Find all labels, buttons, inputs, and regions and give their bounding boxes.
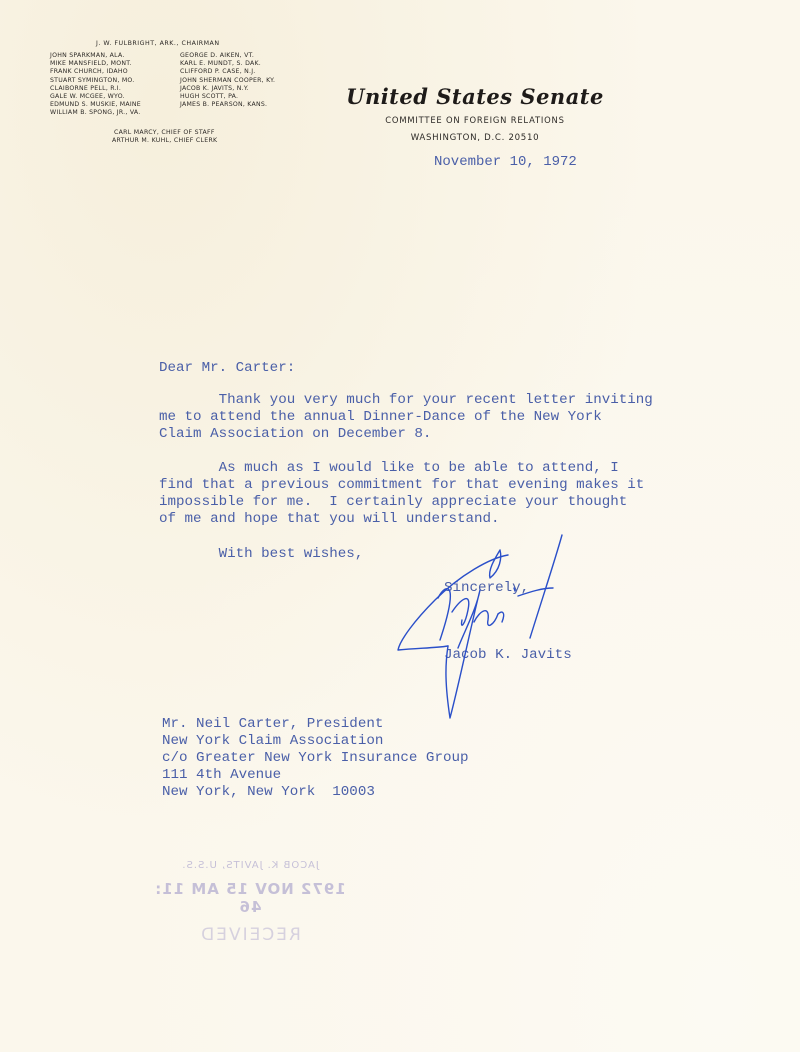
committee-name: COMMITTEE ON FOREIGN RELATIONS	[330, 115, 620, 125]
member-name: JOHN SPARKMAN, ALA.	[50, 52, 141, 60]
address-line: New York Claim Association	[162, 733, 469, 750]
stamp-datetime: 1972 NOV 15 AM 11: 46	[140, 880, 360, 916]
member-name: KARL E. MUNDT, S. DAK.	[180, 60, 275, 68]
letter-date: November 10, 1972	[434, 154, 577, 170]
staff-name: CARL MARCY, CHIEF OF STAFF	[112, 129, 217, 137]
member-name: FRANK CHURCH, IDAHO	[50, 68, 141, 76]
recipient-address: Mr. Neil Carter, PresidentNew York Claim…	[162, 716, 469, 801]
received-stamp-bleedthrough: JACOB K. JAVITS, U.S.S. 1972 NOV 15 AM 1…	[140, 860, 360, 945]
closing-line: With best wishes,	[159, 546, 363, 563]
member-name: EDMUND S. MUSKIE, MAINE	[50, 101, 141, 109]
handwritten-signature	[390, 530, 590, 730]
address-line: 111 4th Avenue	[162, 767, 469, 784]
address-line: c/o Greater New York Insurance Group	[162, 750, 469, 767]
salutation: Dear Mr. Carter:	[159, 360, 295, 377]
address-line: New York, New York 10003	[162, 784, 469, 801]
chairman-line: J. W. FULBRIGHT, ARK., CHAIRMAN	[96, 40, 220, 47]
member-name: GALE W. MCGEE, WYO.	[50, 93, 141, 101]
letterhead-masthead: United States Senate COMMITTEE ON FOREIG…	[330, 84, 620, 143]
member-name: JAMES B. PEARSON, KANS.	[180, 101, 275, 109]
member-name: WILLIAM B. SPONG, JR., VA.	[50, 109, 141, 117]
member-name: CLAIBORNE PELL, R.I.	[50, 85, 141, 93]
stamp-received: RECEIVED	[140, 925, 360, 945]
address-line: Mr. Neil Carter, President	[162, 716, 469, 733]
member-name: MIKE MANSFIELD, MONT.	[50, 60, 141, 68]
member-name: HUGH SCOTT, PA.	[180, 93, 275, 101]
members-right-column: GEORGE D. AIKEN, VT. KARL E. MUNDT, S. D…	[180, 52, 275, 109]
stamp-office: JACOB K. JAVITS, U.S.S.	[140, 860, 360, 871]
body-paragraph-1: Thank you very much for your recent lett…	[159, 392, 653, 443]
staff-name: ARTHUR M. KUHL, CHIEF CLERK	[112, 137, 217, 145]
member-name: STUART SYMINGTON, MO.	[50, 77, 141, 85]
staff-list: CARL MARCY, CHIEF OF STAFF ARTHUR M. KUH…	[112, 129, 217, 146]
members-left-column: JOHN SPARKMAN, ALA. MIKE MANSFIELD, MONT…	[50, 52, 141, 118]
body-paragraph-2: As much as I would like to be able to at…	[159, 460, 644, 528]
senate-title: United States Senate	[330, 84, 620, 109]
member-name: GEORGE D. AIKEN, VT.	[180, 52, 275, 60]
member-name: JACOB K. JAVITS, N.Y.	[180, 85, 275, 93]
letterhead-address: WASHINGTON, D.C. 20510	[330, 133, 620, 143]
member-name: JOHN SHERMAN COOPER, KY.	[180, 77, 275, 85]
member-name: CLIFFORD P. CASE, N.J.	[180, 68, 275, 76]
